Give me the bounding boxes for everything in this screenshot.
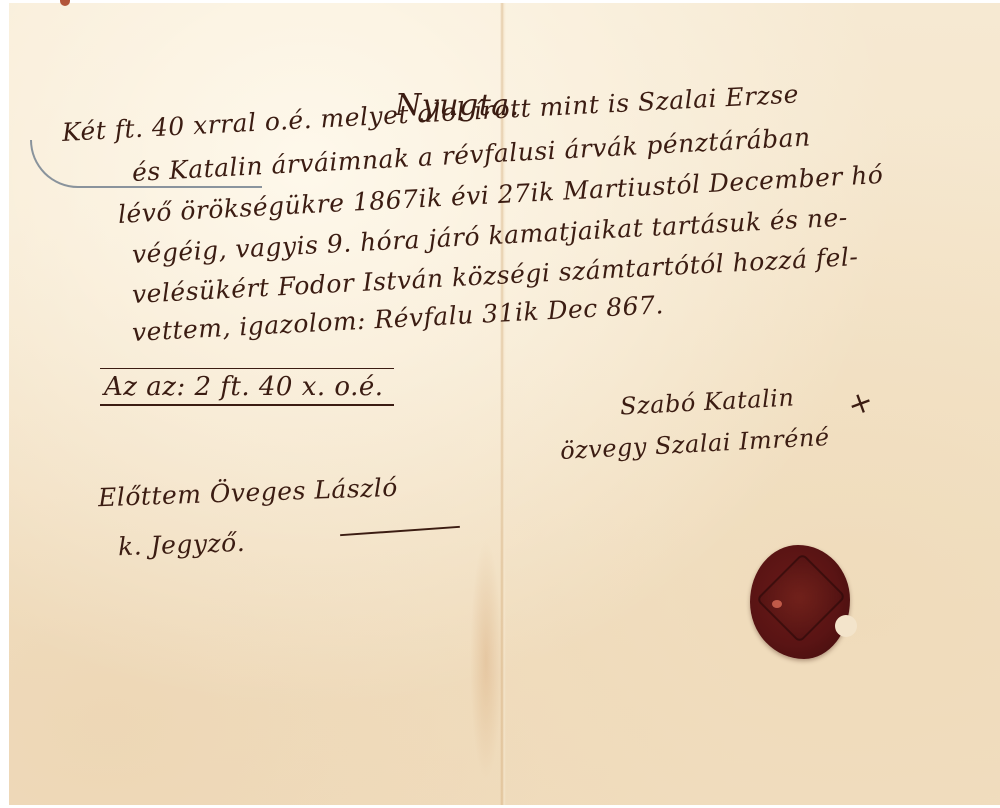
amount-line: Az az: 2 ft. 40 x. o.é.	[100, 372, 394, 406]
witness-line-2: k. Jegyző.	[118, 528, 246, 561]
fold-stain	[470, 540, 502, 780]
wax-seal-highlight	[772, 600, 782, 608]
wax-seal-notch	[835, 615, 857, 637]
